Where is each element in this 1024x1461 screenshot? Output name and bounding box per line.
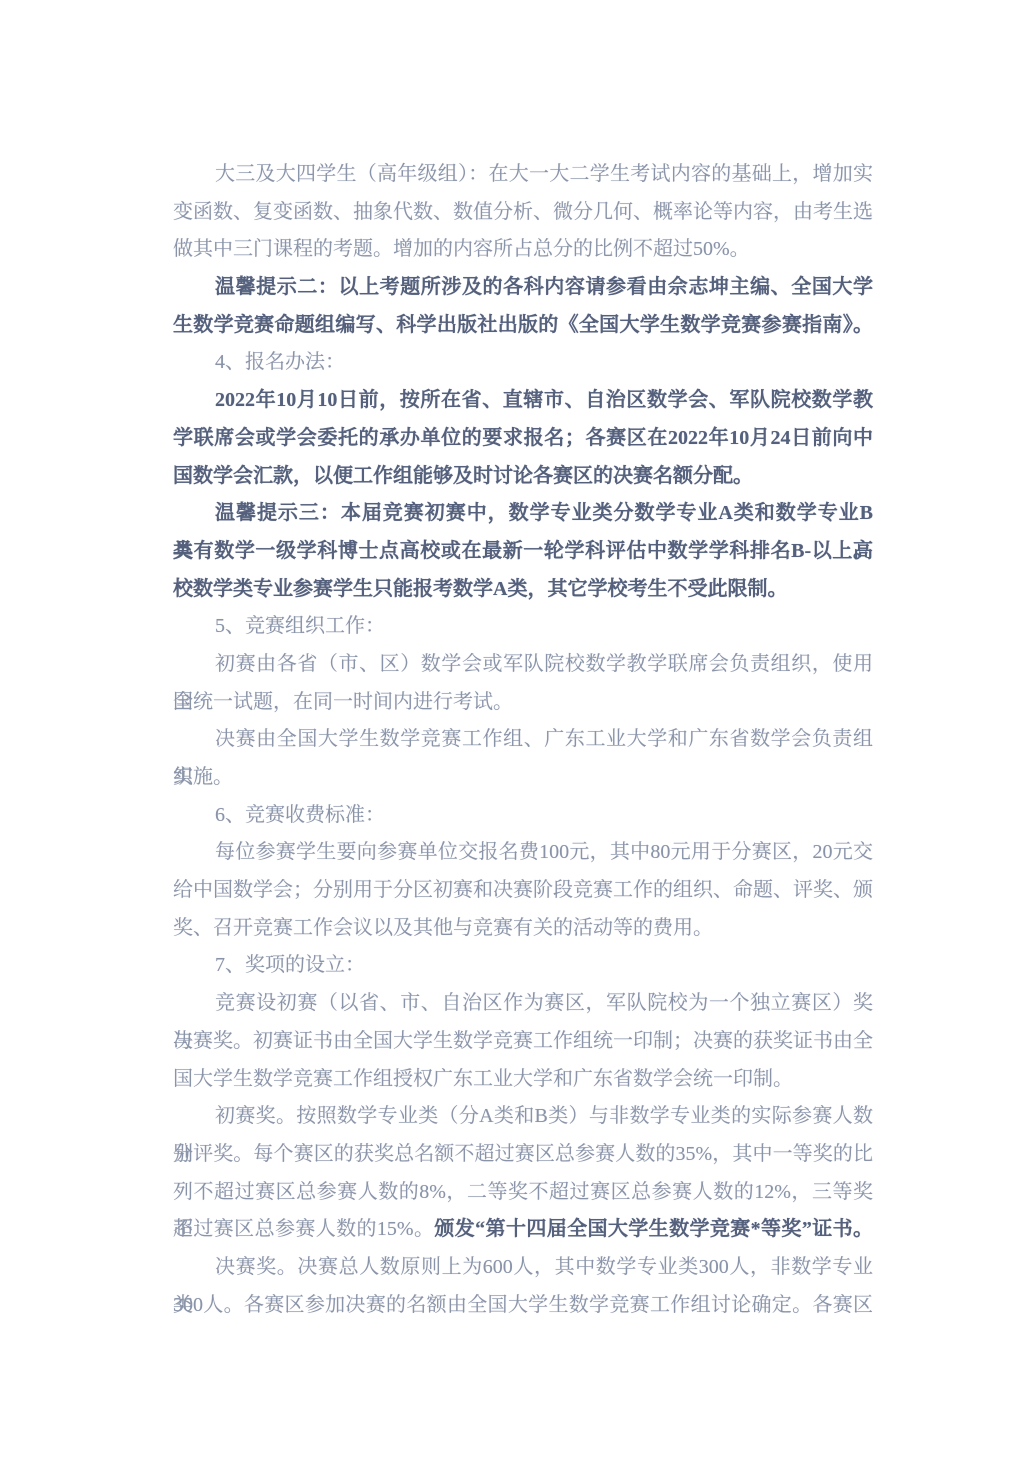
text-line: 变函数、复变函数、抽象代数、数值分析、微分几何、概率论等内容，由考生选 (173, 194, 873, 232)
paragraph-preliminary-organization: 初赛由各省（市、区）数学会或军队院校数学教学联席会负责组织，使用全 国统一试题，… (173, 646, 873, 721)
text-line: 奖、召开竞赛工作会议以及其他与竞赛有关的活动等的费用。 (173, 910, 873, 948)
heading-organization: 5、竞赛组织工作： (173, 608, 873, 646)
text-line: 温馨提示三：本届竞赛初赛中，数学专业类分数学专业A类和数学专业B类。 (173, 495, 873, 533)
text-line: 国统一试题，在同一时间内进行考试。 (173, 684, 873, 722)
paragraph-tip-two: 温馨提示二：以上考题所涉及的各科内容请参看由佘志坤主编、全国大学 生数学竞赛命题… (173, 269, 873, 344)
text-line: 决赛奖。初赛证书由全国大学生数学竞赛工作组统一印制；决赛的获奖证书由全 (173, 1023, 873, 1061)
text-line: 温馨提示二：以上考题所涉及的各科内容请参看由佘志坤主编、全国大学 (173, 269, 873, 307)
heading-fees: 6、竞赛收费标准： (173, 797, 873, 835)
section-heading: 7、奖项的设立： (173, 947, 873, 985)
text-line: 决赛由全国大学生数学竞赛工作组、广东工业大学和广东省数学会负责组织 (173, 721, 873, 759)
section-heading: 5、竞赛组织工作： (173, 608, 873, 646)
text-line: 具有数学一级学科博士点高校或在最新一轮学科评估中数学学科排名B-以上高 (173, 533, 873, 571)
text-line: 给中国数学会；分别用于分区初赛和决赛阶段竞赛工作的组织、命题、评奖、颁 (173, 872, 873, 910)
text-line: 国数学会汇款，以便工作组能够及时讨论各赛区的决赛名额分配。 (173, 458, 873, 496)
heading-awards: 7、奖项的设立： (173, 947, 873, 985)
paragraph-tip-three: 温馨提示三：本届竞赛初赛中，数学专业类分数学专业A类和数学专业B类。 具有数学一… (173, 495, 873, 608)
paragraph-final-award: 决赛奖。决赛总人数原则上为600人，其中数学专业类300人，非数学专业类 300… (173, 1249, 873, 1324)
text-line: 做其中三门课程的考题。增加的内容所占总分的比例不超过50%。 (173, 231, 873, 269)
heading-registration: 4、报名办法： (173, 344, 873, 382)
text-line: 校数学类专业参赛学生只能报考数学A类，其它学校考生不受此限制。 (173, 571, 873, 609)
text-line: 生数学竞赛命题组编写、科学出版社出版的《全国大学生数学竞赛参赛指南》。 (173, 307, 873, 345)
text-line: 学联席会或学会委托的承办单位的要求报名；各赛区在2022年10月24日前向中 (173, 420, 873, 458)
paragraph-final-organization: 决赛由全国大学生数学竞赛工作组、广东工业大学和广东省数学会负责组织 实施。 (173, 721, 873, 796)
text-line: 300人。各赛区参加决赛的名额由全国大学生数学竞赛工作组讨论确定。各赛区 (173, 1287, 873, 1325)
text-line: 实施。 (173, 759, 873, 797)
paragraph-senior-group: 大三及大四学生（高年级组）：在大一大二学生考试内容的基础上，增加实 变函数、复变… (173, 156, 873, 269)
text-line: 列不超过赛区总参赛人数的8%，二等奖不超过赛区总参赛人数的12%，三等奖不 (173, 1174, 873, 1212)
paragraph-registration: 2022年10月10日前，按所在省、直辖市、自治区数学会、军队院校数学教 学联席… (173, 382, 873, 495)
text-line: 竞赛设初赛（以省、市、自治区作为赛区，军队院校为一个独立赛区）奖与 (173, 985, 873, 1023)
text-line: 大三及大四学生（高年级组）：在大一大二学生考试内容的基础上，增加实 (173, 156, 873, 194)
paragraph-awards-intro: 竞赛设初赛（以省、市、自治区作为赛区，军队院校为一个独立赛区）奖与 决赛奖。初赛… (173, 985, 873, 1098)
text-line-mixed: 超过赛区总参赛人数的15%。颁发“第十四届全国大学生数学竞赛*等奖”证书。 (173, 1211, 873, 1249)
text-line: 每位参赛学生要向参赛单位交报名费100元，其中80元用于分赛区，20元交 (173, 834, 873, 872)
text-line: 初赛由各省（市、区）数学会或军队院校数学教学联席会负责组织，使用全 (173, 646, 873, 684)
text-line: 初赛奖。按照数学专业类（分A类和B类）与非数学专业类的实际参赛人数分 (173, 1098, 873, 1136)
text-line: 2022年10月10日前，按所在省、直辖市、自治区数学会、军队院校数学教 (173, 382, 873, 420)
text-segment-regular: 超过赛区总参赛人数的15%。 (173, 1218, 434, 1240)
text-line: 国大学生数学竞赛工作组授权广东工业大学和广东省数学会统一印制。 (173, 1061, 873, 1099)
section-heading: 6、竞赛收费标准： (173, 797, 873, 835)
text-line: 决赛奖。决赛总人数原则上为600人，其中数学专业类300人，非数学专业类 (173, 1249, 873, 1287)
paragraph-preliminary-award: 初赛奖。按照数学专业类（分A类和B类）与非数学专业类的实际参赛人数分 别评奖。每… (173, 1098, 873, 1249)
document-page: 大三及大四学生（高年级组）：在大一大二学生考试内容的基础上，增加实 变函数、复变… (0, 0, 1024, 1461)
section-heading: 4、报名办法： (173, 344, 873, 382)
document-text-block: 大三及大四学生（高年级组）：在大一大二学生考试内容的基础上，增加实 变函数、复变… (173, 156, 873, 1324)
text-line: 别评奖。每个赛区的获奖总名额不超过赛区总参赛人数的35%，其中一等奖的比 (173, 1136, 873, 1174)
text-segment-bold: 颁发“第十四届全国大学生数学竞赛*等奖”证书。 (434, 1218, 873, 1240)
paragraph-fees: 每位参赛学生要向参赛单位交报名费100元，其中80元用于分赛区，20元交 给中国… (173, 834, 873, 947)
